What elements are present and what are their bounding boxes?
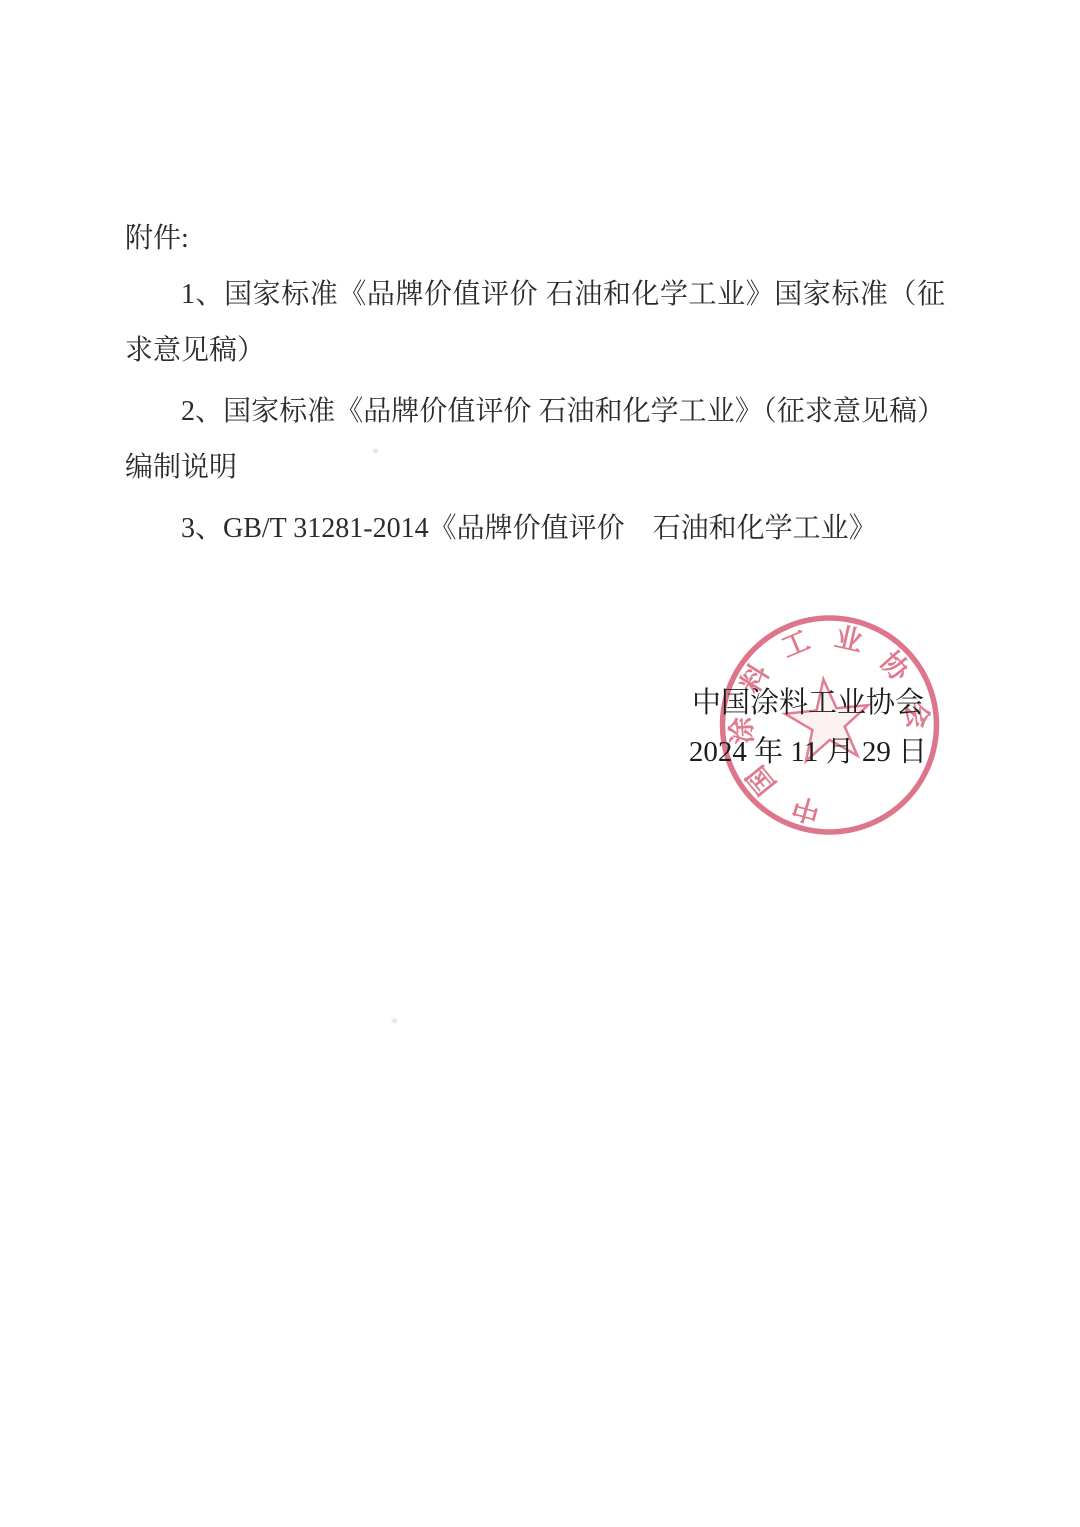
attachments-label: 附件:	[125, 211, 945, 267]
attachment-item-2: 2、国家标准《品牌价值评价 石油和化学工业》（征求意见稿）编制说明	[125, 384, 945, 496]
document-body: 附件: 1、国家标准《品牌价值评价 石油和化学工业》国家标准（征求意见稿） 2、…	[125, 211, 945, 562]
scanned-document-page: 附件: 1、国家标准《品牌价值评价 石油和化学工业》国家标准（征求意见稿） 2、…	[0, 0, 1080, 1527]
signature-date: 2024 年 11 月 29 日	[638, 728, 978, 777]
scan-speck	[373, 449, 378, 453]
seal-arc-char: 业	[832, 621, 866, 657]
signature-block: 中国涂料工业协会 2024 年 11 月 29 日	[638, 679, 978, 777]
attachment-item-1: 1、国家标准《品牌价值评价 石油和化学工业》国家标准（征求意见稿）	[125, 267, 945, 379]
scan-speck	[392, 1019, 397, 1023]
attachment-item-3: 3、GB/T 31281-2014《品牌价值评价 石油和化学工业》	[125, 501, 945, 557]
signature-organization: 中国涂料工业协会	[638, 679, 978, 728]
seal-arc-char: 中	[788, 791, 823, 828]
